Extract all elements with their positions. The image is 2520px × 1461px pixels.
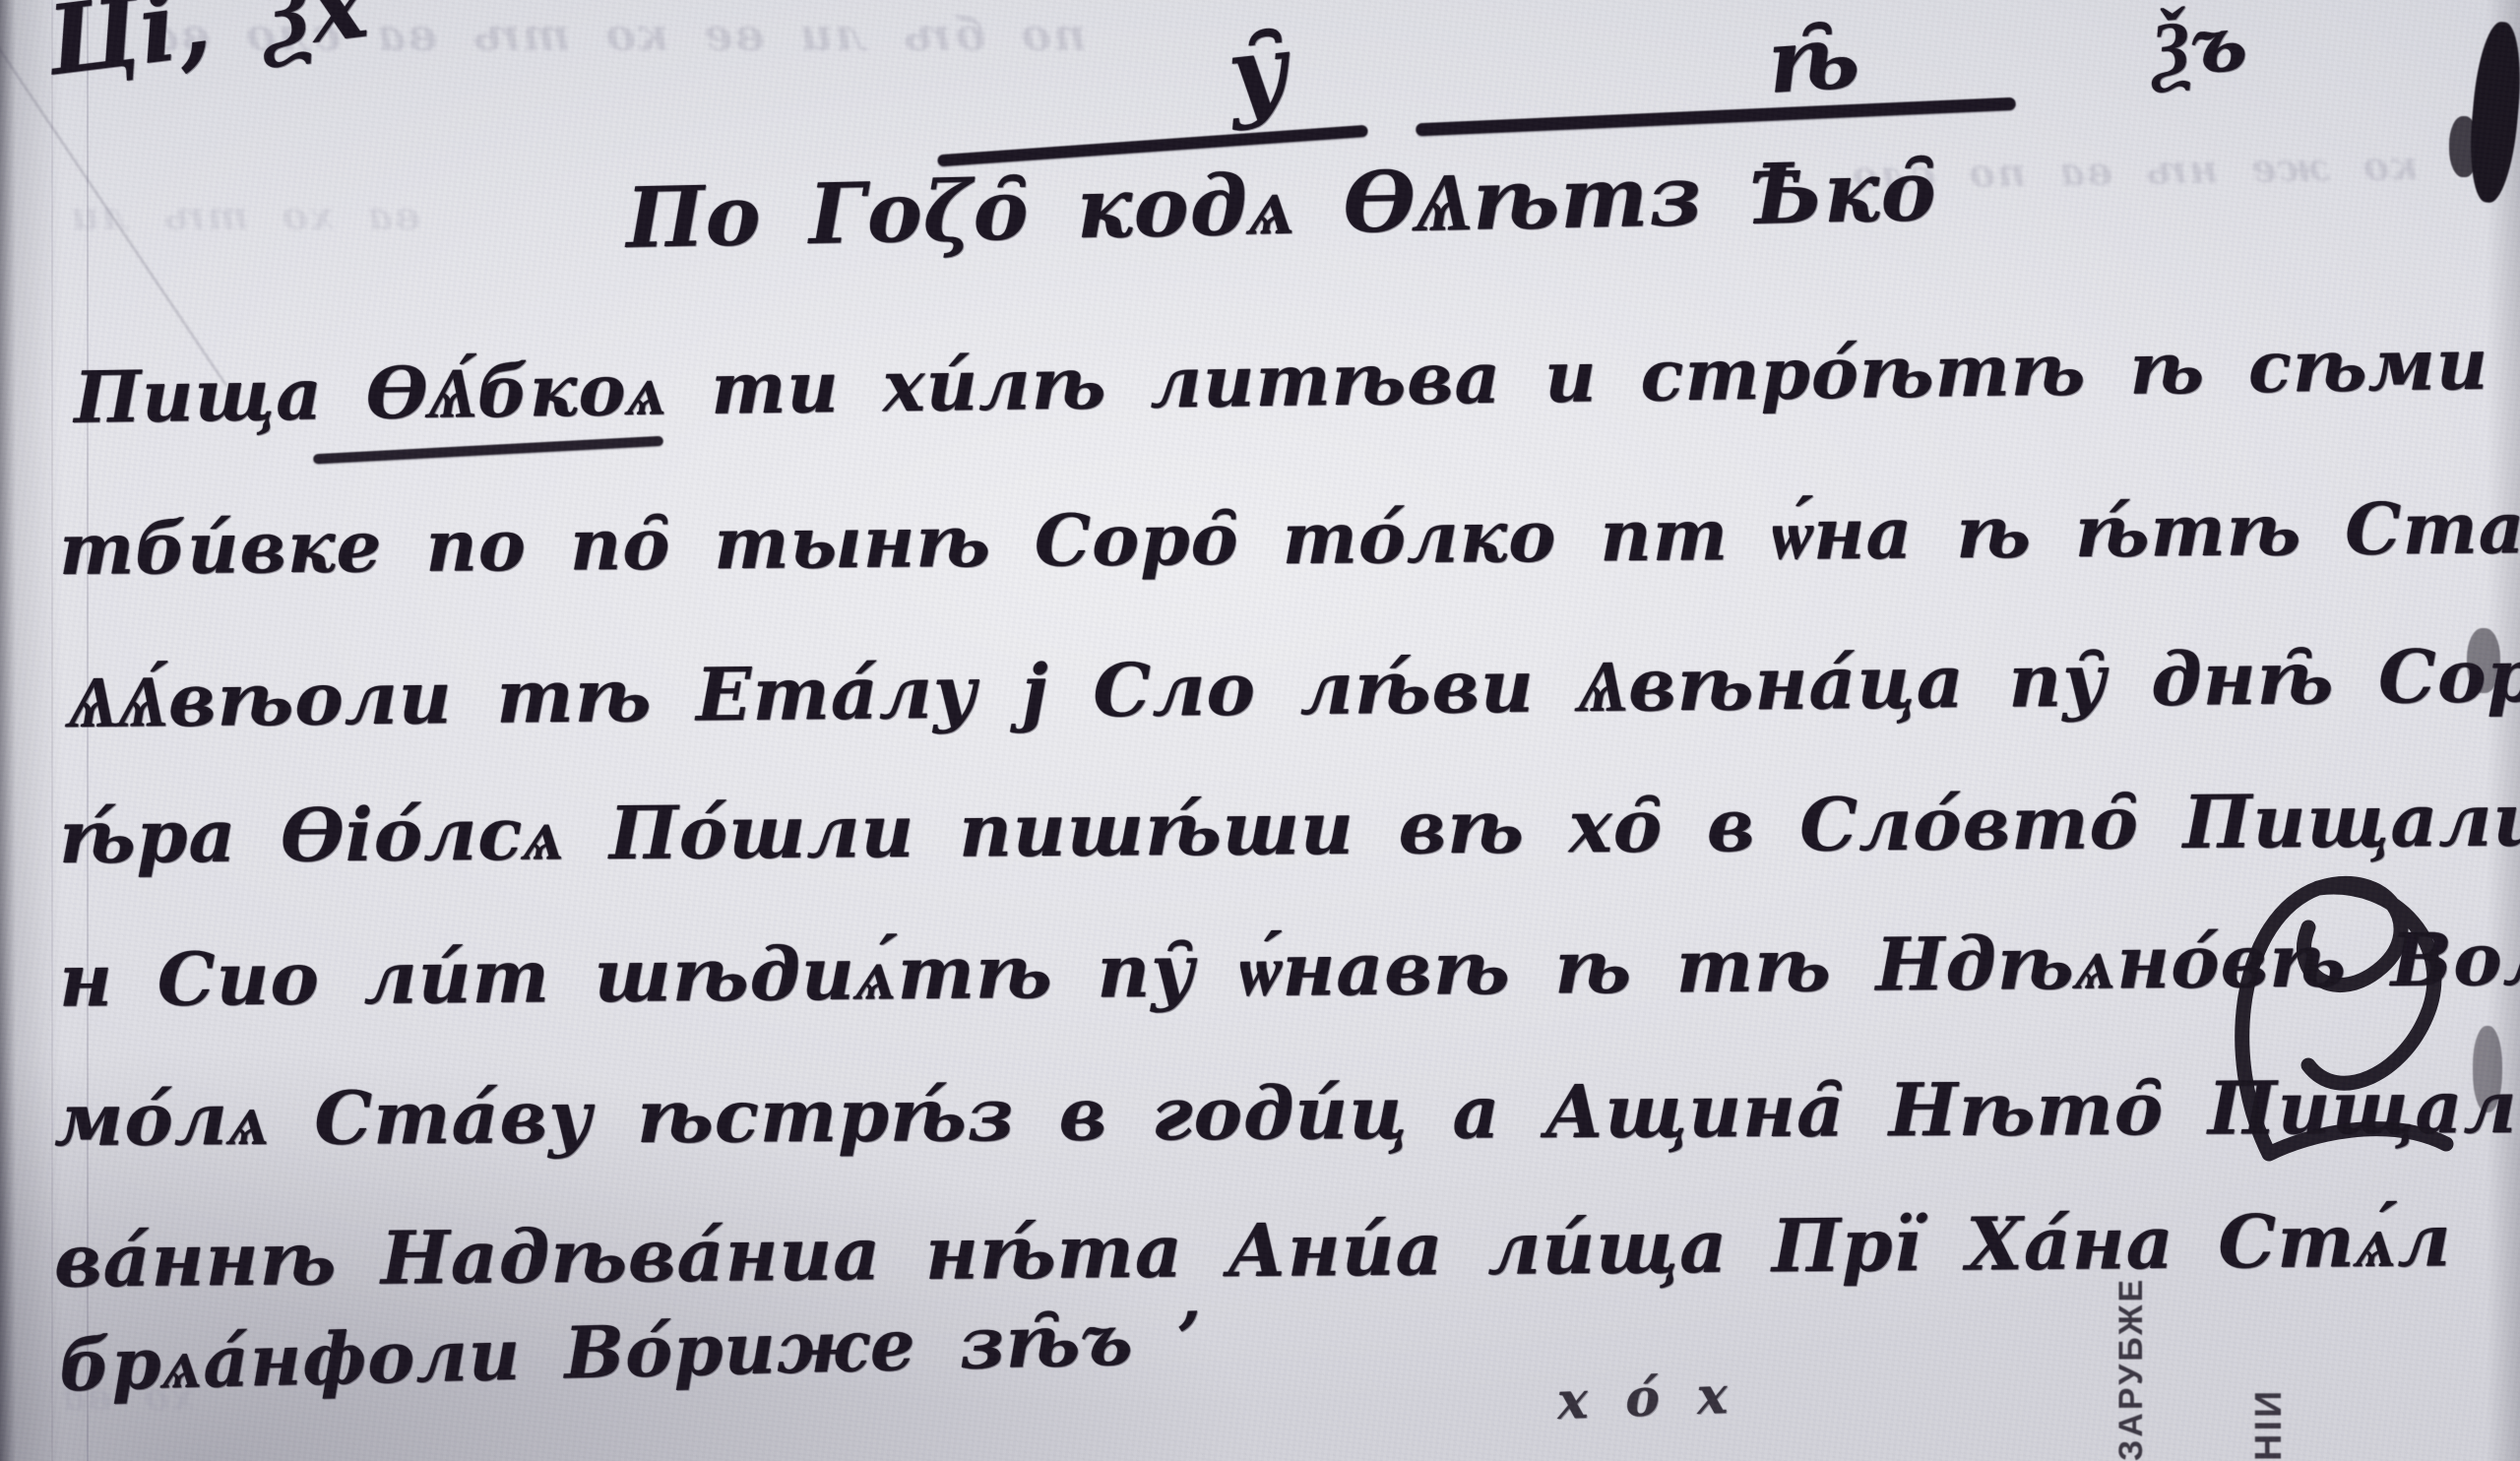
bottom-marks: х о́ х [1556,1366,1730,1431]
stamp-vertical-text: ЗАРУБЖЕ [2112,1213,2151,1461]
body-line-1: Пища ѲѦ́бкоѧ ти хи́лѣ литѣва и стро́ѣтѣ … [74,314,2520,440]
titlo-bar-icon [313,436,663,465]
bleedthrough-text: ва хо тѣ ли [69,193,420,239]
ink-smudge-icon [2465,20,2520,204]
superscript-letter: у̑ [1223,11,1294,133]
heading-line: По Гоζо̑ кодѧ ѲѦѣтз Ѣко̑ [625,142,1937,268]
superscript-letter: ѣ̑ [1764,5,1862,113]
ink-smudge-icon [2449,116,2479,177]
titlo-bar-icon [1416,97,2016,137]
body-line-8: брѧа́нфоли Во́риже зѣ̑ъ ’ [58,1296,1203,1408]
body-line-7: ва́ннѣ Надѣва́ниа нѣ́та Ани́а ли́ща Прї … [54,1198,2452,1304]
manuscript-photo-page: по бѣ ли ве ко тѣ ва сло ва ко же нѣ ва … [0,0,2520,1461]
body-line-5: н Сио ли́т шѣдиѧ́тѣ пу̑ ѡ́навѣ ѣ тѣ Ндѣѧ… [59,916,2520,1024]
pen-flourish-icon [2200,858,2495,1174]
body-line-3: ѦѦ́вѣоли тѣ Ета́лу ј Сло лѣ́ви Ѧвѣна́ца … [69,632,2520,745]
body-line-4: ѣ́ра Ѳіо́лсѧ По́шли пишѣ́ши вѣ хо̑ в Сло… [59,776,2520,881]
body-line-2: тби́вке по по̑ тынѣ Соро̑ то́лко пт ѡ́на… [59,481,2520,592]
margin-rule-line [51,0,53,1461]
body-line-6: мо́лѧ Ста́ву ѣстрѣ́з в годи́ц а Ащина̑ Н… [54,1064,2520,1164]
top-right-marks: Ѯъ [2147,0,2251,95]
corner-scribble: Ці, Ѯх [41,0,373,96]
stamp-vertical-text: НІИ [2248,1286,2291,1461]
